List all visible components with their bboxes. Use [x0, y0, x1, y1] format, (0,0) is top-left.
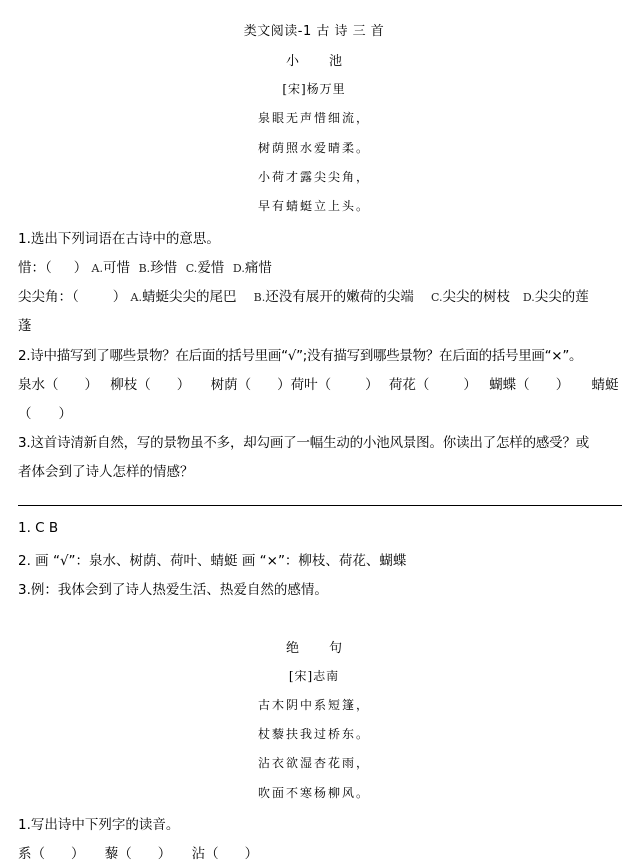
poem1-line-2: 树荫照水爱晴柔。	[0, 139, 628, 156]
q1-item-xi-word: 惜：（	[18, 260, 52, 276]
poem2-line-2: 杖藜扶我过桥东。	[0, 725, 628, 742]
option-b: 珍惜	[150, 260, 177, 276]
option-b: 还没有展开的嫩荷的尖端	[265, 289, 414, 305]
poem2-title-left: 绝	[286, 641, 299, 656]
q-item-zhan: 沾（	[192, 846, 219, 862]
q3-prompt-line1: 3.这首诗清新自然，写的景物虽不多，却勾画了一幅生动的小池风景图。你读出了怎样的…	[18, 431, 589, 451]
poem2-line-1: 古木阴中系短篷，	[0, 696, 628, 713]
option-c: 爱惜	[197, 260, 224, 276]
option-a: 可惜	[103, 260, 130, 276]
q2-items: 泉水（） 柳枝（） 树荫（）荷叶（） 荷花（） 蝴蝶（） 蜻蜓	[18, 373, 618, 393]
option-c: 尖尖的树枝	[442, 289, 510, 305]
poem1-title-right: 池	[329, 54, 342, 69]
q1-item-jianjianjiao: 尖尖角：（） A.蜻蜓尖尖的尾巴 B.还没有展开的嫩荷的尖端 C.尖尖的树枝 D…	[18, 285, 589, 305]
q2-item-qingting: 蜻蜓	[591, 377, 618, 393]
q-item-xi: 系（	[18, 846, 45, 862]
poem1-title: 小池	[0, 50, 628, 69]
poem2-q1-prompt: 1.写出诗中下列字的读音。	[18, 813, 179, 833]
q-item-li: 藜（	[105, 846, 132, 862]
answer-2: 2. 画 “√”：泉水、树荫、荷叶、蜻蜓 画 “×”：柳枝、荷花、蝴蝶	[18, 549, 406, 569]
q1-prompt: 1.选出下列词语在古诗中的意思。	[18, 227, 220, 247]
poem1-line-1: 泉眼无声惜细流，	[0, 109, 628, 126]
document-title: 类文阅读-1 古 诗 三 首	[0, 20, 628, 39]
q1-item-xi: 惜：（） A.可惜 B.珍惜 C.爱惜 D.痛惜	[18, 256, 272, 276]
q2-item-liuzhi: 柳枝（	[110, 377, 151, 393]
q3-prompt-line2: 者体会到了诗人怎样的情感？	[18, 460, 194, 480]
poem1-line-3: 小荷才露尖尖角，	[0, 168, 628, 185]
q2-item-quanshui: 泉水（	[18, 377, 59, 393]
q1-item-jianjianjiao-wrap: 蓬	[18, 314, 32, 334]
q2-prompt: 2.诗中描写到了哪些景物？在后面的括号里画“√”;没有描写到哪些景物？在后面的括…	[18, 344, 582, 364]
q2-item-qingting-blank[interactable]: （ ）	[18, 402, 72, 422]
poem2-q1-items: 系（） 藜（） 沾（）	[18, 842, 258, 862]
poem2-line-3: 沾衣欲湿杏花雨，	[0, 754, 628, 771]
answer-3: 3.例：我体会到了诗人热爱生活、热爱自然的感情。	[18, 578, 328, 598]
q2-item-heye: 荷叶（	[291, 377, 332, 393]
poem2-author: [宋]志南	[0, 667, 628, 684]
q2-item-shuyin: 树荫（	[211, 377, 252, 393]
answer-separator-line	[18, 505, 622, 506]
option-d: 尖尖的莲	[535, 289, 589, 305]
option-d: 痛惜	[245, 260, 272, 276]
q2-item-hudie: 蝴蝶（	[489, 377, 530, 393]
q1-item-jianjianjiao-word: 尖尖角：（	[18, 289, 79, 305]
poem2-line-4: 吹面不寒杨柳风。	[0, 784, 628, 801]
poem2-title-right: 句	[329, 641, 342, 656]
option-a: 蜻蜓尖尖的尾巴	[142, 289, 237, 305]
poem1-author: [宋]杨万里	[0, 80, 628, 97]
poem1-title-left: 小	[286, 54, 299, 69]
poem2-title: 绝句	[0, 637, 628, 656]
poem1-line-4: 早有蜻蜓立上头。	[0, 197, 628, 214]
answer-1: 1. C B	[18, 520, 58, 536]
q2-item-hehua: 荷花（	[389, 377, 430, 393]
